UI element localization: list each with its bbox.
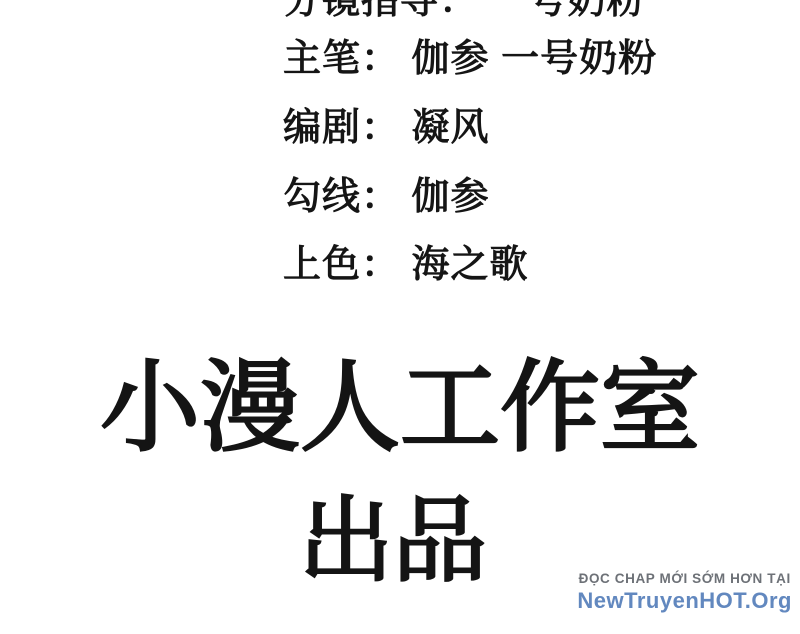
studio-name-title: 小漫人工作室 [0, 352, 800, 464]
comic-credits-page: 分镜指导： 一号奶粉 主笔： 伽参 一号奶粉 编剧： 凝风 勾线： 伽参 上色：… [0, 0, 800, 634]
credit-line-lead-artist: 主笔： 伽参 一号奶粉 [283, 37, 657, 81]
site-watermark: ĐỌC CHAP MỚI SỚM HƠN TẠI NewTruyenHOT.Or… [577, 570, 792, 614]
credit-line-lineart: 勾线： 伽参 [283, 175, 490, 219]
watermark-site-url: NewTruyenHOT.Org [577, 588, 792, 614]
credit-line-coloring: 上色： 海之歌 [283, 243, 529, 287]
watermark-tagline: ĐỌC CHAP MỚI SỚM HƠN TẠI [577, 570, 792, 588]
credit-line-storyboard-director: 分镜指导： 一号奶粉 [283, 0, 646, 23]
credit-line-screenwriter: 编剧： 凝风 [283, 106, 490, 150]
